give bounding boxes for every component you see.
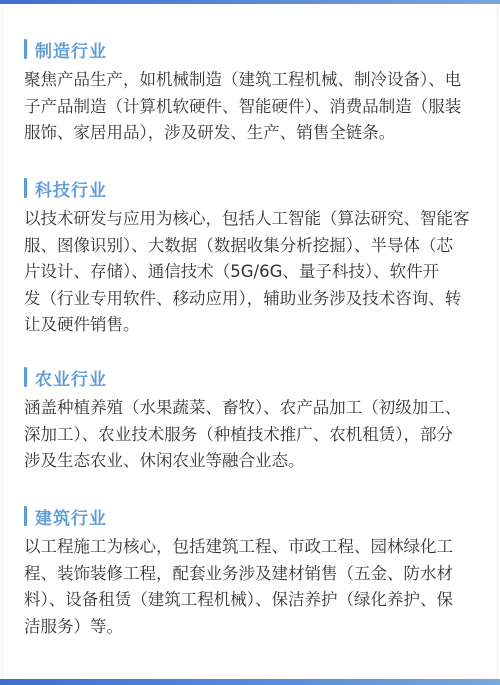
body-line: 涵盖种植养殖（水果蔬菜、畜牧）、农产品加工（初级加工、 (24, 395, 484, 422)
section-title: 建筑行业 (35, 504, 107, 529)
body-line: 服饰、家居用品），涉及研发、生产、销售全链条。 (24, 120, 484, 147)
body-line: 深加工）、农业技术服务（种植技术推广、农机租赁），部分 (24, 422, 484, 449)
section-title: 制造行业 (35, 37, 107, 62)
section-body: 以技术研发与应用为核心，包括人工智能（算法研究、智能客 服、图像识别）、大数据（… (24, 206, 484, 339)
heading-marker-icon (24, 506, 27, 526)
body-line: 涉及生态农业、休闲农业等融合业态。 (24, 448, 484, 475)
bottom-accent-bar (0, 679, 500, 685)
body-line: 程、装饰装修工程，配套业务涉及建材销售（五金、防水材 (24, 561, 484, 588)
section-manufacturing: 制造行业 聚焦产品生产，如机械制造（建筑工程机械、制冷设备）、电 子产品制造（计… (24, 37, 484, 147)
body-line: 片设计、存储）、通信技术（5G/6G、量子科技）、软件开 (24, 259, 484, 286)
section-agriculture: 农业行业 涵盖种植养殖（水果蔬菜、畜牧）、农产品加工（初级加工、 深加工）、农业… (24, 365, 484, 475)
body-line: 服、图像识别）、大数据（数据收集分析挖掘）、半导体（芯 (24, 233, 484, 260)
body-line: 发（行业专用软件、移动应用），辅助业务涉及技术咨询、转 (24, 286, 484, 313)
section-title: 农业行业 (35, 365, 107, 390)
section-heading: 农业行业 (24, 365, 484, 389)
heading-marker-icon (24, 367, 27, 387)
body-line: 让及硬件销售。 (24, 312, 484, 339)
section-body: 聚焦产品生产，如机械制造（建筑工程机械、制冷设备）、电 子产品制造（计算机软硬件… (24, 67, 484, 147)
body-line: 以技术研发与应用为核心，包括人工智能（算法研究、智能客 (24, 206, 484, 233)
body-line: 料）、设备租赁（建筑工程机械）、保洁养护（绿化养护、保 (24, 587, 484, 614)
body-line: 洁服务）等。 (24, 614, 484, 641)
body-line: 子产品制造（计算机软硬件、智能硬件）、消费品制造（服装 (24, 94, 484, 121)
section-body: 以工程施工为核心，包括建筑工程、市政工程、园林绿化工 程、装饰装修工程，配套业务… (24, 534, 484, 640)
section-heading: 科技行业 (24, 176, 484, 200)
section-technology: 科技行业 以技术研发与应用为核心，包括人工智能（算法研究、智能客 服、图像识别）… (24, 176, 484, 339)
section-heading: 制造行业 (24, 37, 484, 61)
heading-marker-icon (24, 39, 27, 59)
section-body: 涵盖种植养殖（水果蔬菜、畜牧）、农产品加工（初级加工、 深加工）、农业技术服务（… (24, 395, 484, 475)
section-title: 科技行业 (35, 176, 107, 201)
body-line: 聚焦产品生产，如机械制造（建筑工程机械、制冷设备）、电 (24, 67, 484, 94)
body-line: 以工程施工为核心，包括建筑工程、市政工程、园林绿化工 (24, 534, 484, 561)
heading-marker-icon (24, 178, 27, 198)
section-heading: 建筑行业 (24, 504, 484, 528)
section-construction: 建筑行业 以工程施工为核心，包括建筑工程、市政工程、园林绿化工 程、装饰装修工程… (24, 504, 484, 640)
